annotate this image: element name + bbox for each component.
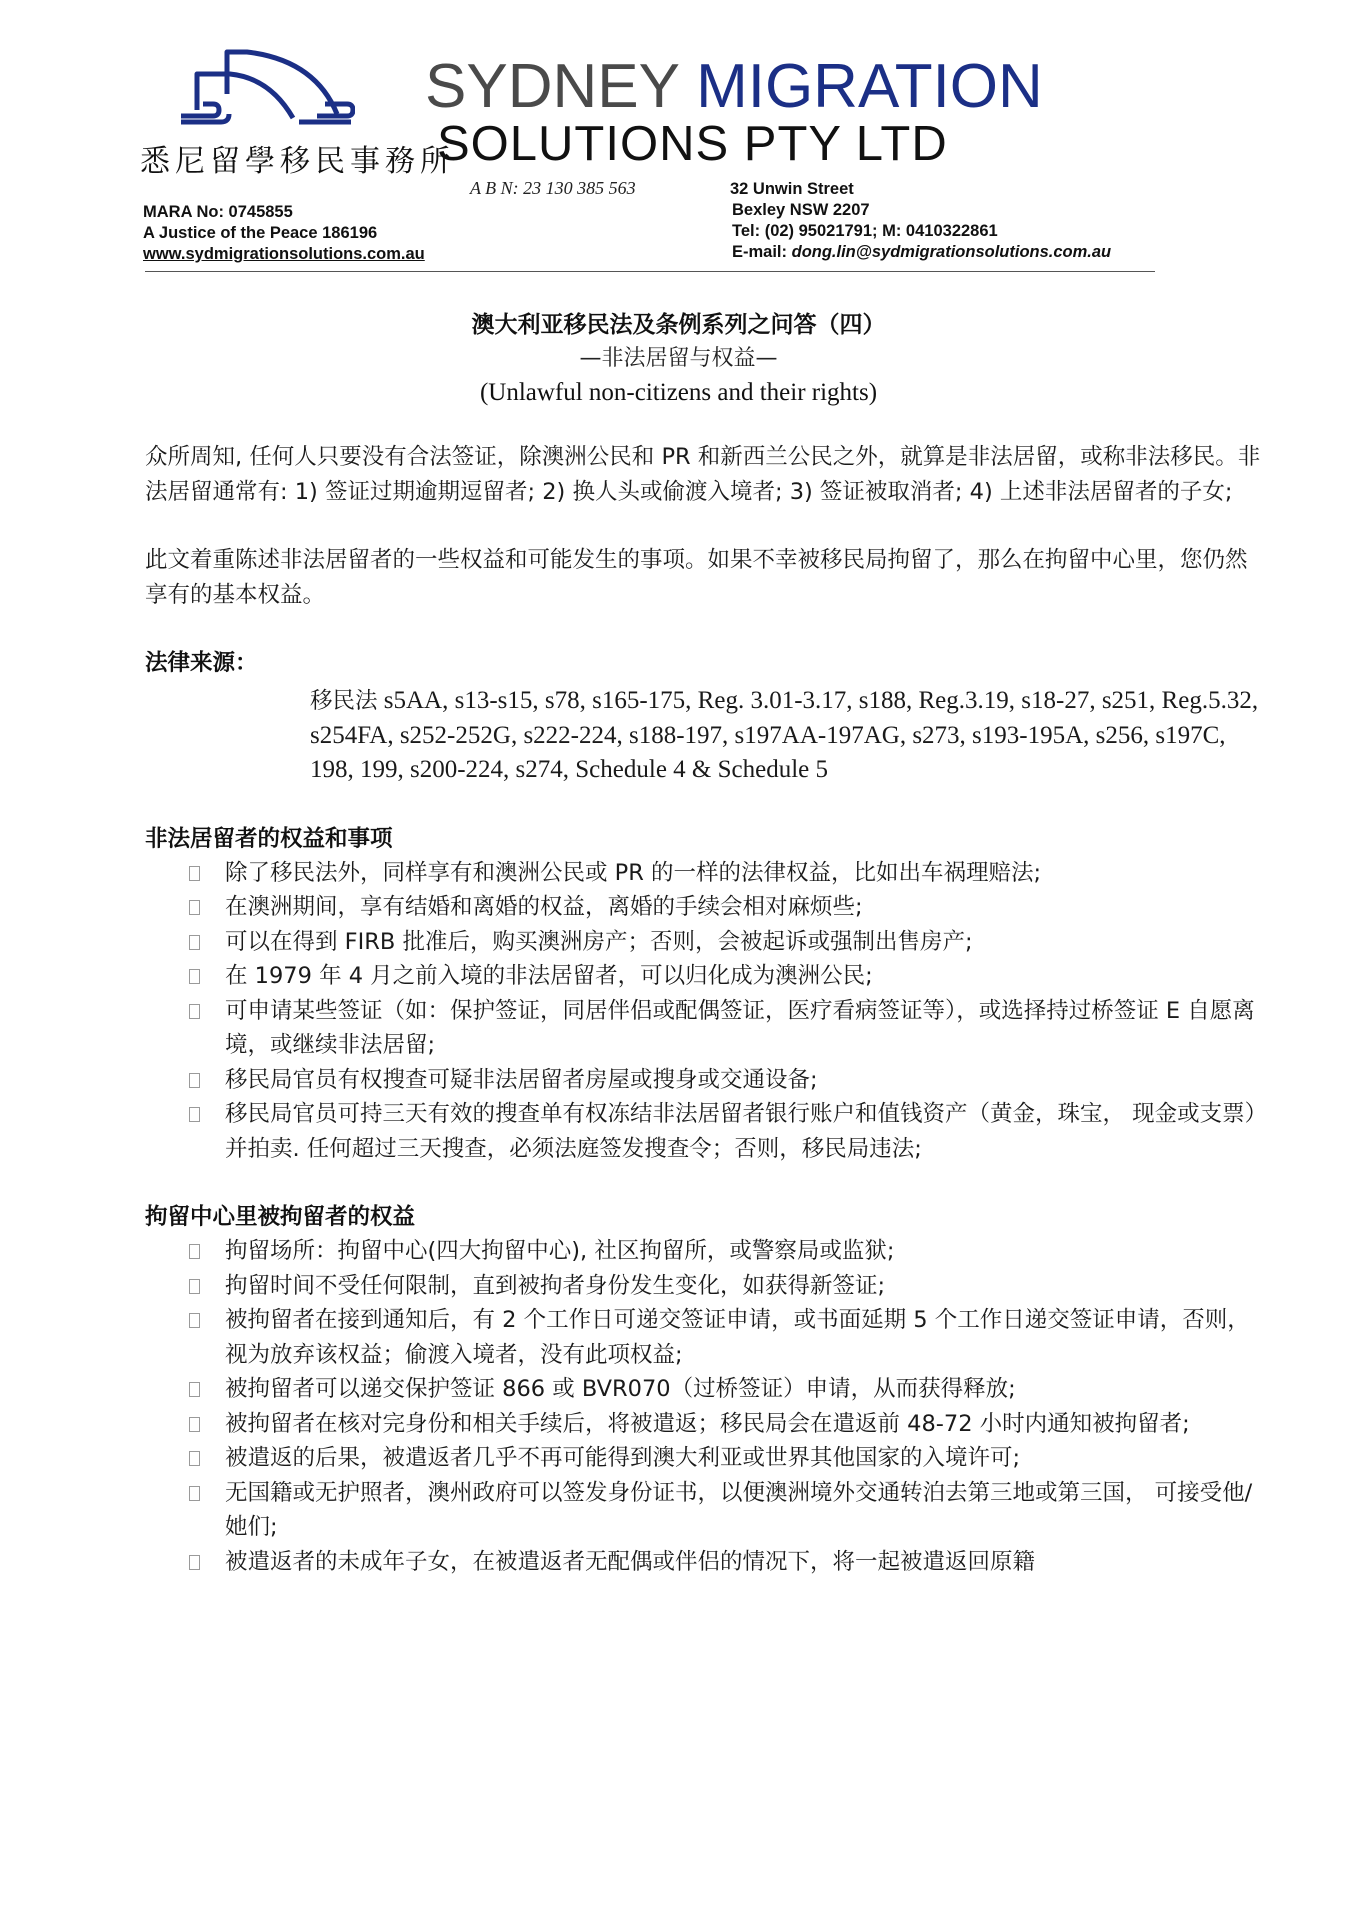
address-line-1: 32 Unwin Street (730, 179, 1111, 200)
justice-of-peace: A Justice of the Peace 186196 (143, 223, 425, 244)
abn-number: A B N: 23 130 385 563 (470, 178, 636, 199)
list-item: 在澳洲期间，享有结婚和离婚的权益，离婚的手续会相对麻烦些; (185, 890, 1265, 925)
empty-box-icon (189, 1555, 200, 1570)
empty-box-icon (189, 1486, 200, 1501)
brand-word-migration: MIGRATION (696, 52, 1043, 121)
list-item: 被遣返者的未成年子女，在被遣返者无配偶或伴侣的情况下，将一起被遣返回原籍 (185, 1545, 1265, 1580)
company-logo: 悉尼留學移民事務所 (140, 48, 380, 178)
document-body: 众所周知, 任何人只要没有合法签证，除澳洲公民和 PR 和新西兰公民之外，就算是… (145, 440, 1265, 1579)
list-item: 被拘留者在核对完身份和相关手续后，将被遣返；移民局会在遣返前 48-72 小时内… (185, 1407, 1265, 1442)
sources-prefix: 移民法 (310, 688, 378, 714)
email-label: E-mail: (732, 243, 792, 261)
contact-left: MARA No: 0745855 A Justice of the Peace … (143, 202, 425, 265)
list-item: 可以在得到 FIRB 批准后，购买澳洲房产；否则，会被起诉或强制出售房产; (185, 925, 1265, 960)
list-item: 被遣返的后果，被遣返者几乎不再可能得到澳大利亚或世界其他国家的入境许可; (185, 1441, 1265, 1476)
opera-house-logo-icon (175, 48, 355, 128)
empty-box-icon (189, 969, 200, 984)
empty-box-icon (189, 1279, 200, 1294)
sources-heading: 法律来源： (145, 646, 1265, 680)
email-link[interactable]: dong.lin@sydmigrationsolutions.com.au (792, 243, 1112, 261)
logo-chinese-name: 悉尼留學移民事務所 (140, 136, 455, 180)
document-subtitle: —非法居留与权益— (0, 342, 1357, 376)
section-2-heading: 拘留中心里被拘留者的权益 (145, 1200, 1265, 1234)
brand-subline: SOLUTIONS PTY LTD (437, 118, 1043, 170)
empty-box-icon (189, 1004, 200, 1019)
document-title: 澳大利亚移民法及条例系列之问答（四） (0, 308, 1357, 342)
company-brand: SYDNEY MIGRATION SOLUTIONS PTY LTD (425, 56, 1043, 170)
legal-sources: 移民法 s5AA, s13-s15, s78, s165-175, Reg. 3… (310, 684, 1265, 788)
list-item: 在 1979 年 4 月之前入境的非法居留者，可以归化成为澳洲公民; (185, 959, 1265, 994)
mara-number: MARA No: 0745855 (143, 202, 425, 223)
brand-word-sydney: SYDNEY (425, 52, 679, 121)
intro-paragraph-1: 众所周知, 任何人只要没有合法签证，除澳洲公民和 PR 和新西兰公民之外，就算是… (145, 440, 1265, 509)
list-item: 移民局官员有权搜查可疑非法居留者房屋或搜身或交通设备; (185, 1063, 1265, 1098)
list-item: 被拘留者可以递交保护签证 866 或 BVR070（过桥签证）申请，从而获得释放… (185, 1372, 1265, 1407)
sources-list: s5AA, s13-s15, s78, s165-175, Reg. 3.01-… (310, 687, 1258, 783)
intro-paragraph-2: 此文着重陈述非法居留者的一些权益和可能发生的事项。如果不幸被移民局拘留了，那么在… (145, 543, 1265, 612)
empty-box-icon (189, 1073, 200, 1088)
contact-right: 32 Unwin Street Bexley NSW 2207 Tel: (02… (730, 179, 1111, 263)
empty-box-icon (189, 900, 200, 915)
list-item: 无国籍或无护照者，澳州政府可以签发身份证书，以便澳洲境外交通转泊去第三地或第三国… (185, 1476, 1265, 1545)
section-1-heading: 非法居留者的权益和事项 (145, 822, 1265, 856)
empty-box-icon (189, 1382, 200, 1397)
list-item: 被拘留者在接到通知后，有 2 个工作日可递交签证申请，或书面延期 5 个工作日递… (185, 1303, 1265, 1372)
website-link[interactable]: www.sydmigrationsolutions.com.au (143, 244, 425, 265)
empty-box-icon (189, 1313, 200, 1328)
section-1-list: 除了移民法外，同样享有和澳洲公民或 PR 的一样的法律权益，比如出车祸理赔法; … (185, 856, 1265, 1167)
list-item: 拘留场所：拘留中心(四大拘留中心), 社区拘留所，或警察局或监狱; (185, 1234, 1265, 1269)
list-item: 拘留时间不受任何限制，直到被拘者身份发生变化，如获得新签证; (185, 1269, 1265, 1304)
email-row: E-mail: dong.lin@sydmigrationsolutions.c… (730, 242, 1111, 263)
address-line-2: Bexley NSW 2207 (730, 200, 1111, 221)
letterhead: 悉尼留學移民事務所 SYDNEY MIGRATION SOLUTIONS PTY… (0, 0, 1357, 280)
document-subtitle-english: (Unlawful non-citizens and their rights) (0, 376, 1357, 410)
empty-box-icon (189, 1417, 200, 1432)
phone-numbers: Tel: (02) 95021791; M: 0410322861 (730, 221, 1111, 242)
empty-box-icon (189, 1107, 200, 1122)
header-divider (145, 271, 1155, 272)
list-item: 可申请某些签证（如：保护签证，同居伴侣或配偶签证，医疗看病签证等），或选择持过桥… (185, 994, 1265, 1063)
section-2-list: 拘留场所：拘留中心(四大拘留中心), 社区拘留所，或警察局或监狱; 拘留时间不受… (185, 1234, 1265, 1579)
list-item: 除了移民法外，同样享有和澳洲公民或 PR 的一样的法律权益，比如出车祸理赔法; (185, 856, 1265, 891)
empty-box-icon (189, 866, 200, 881)
list-item: 移民局官员可持三天有效的搜查单有权冻结非法居留者银行账户和值钱资产（黄金，珠宝，… (185, 1097, 1265, 1166)
document-title-block: 澳大利亚移民法及条例系列之问答（四） —非法居留与权益— (Unlawful n… (0, 308, 1357, 410)
empty-box-icon (189, 1244, 200, 1259)
empty-box-icon (189, 1451, 200, 1466)
empty-box-icon (189, 935, 200, 950)
